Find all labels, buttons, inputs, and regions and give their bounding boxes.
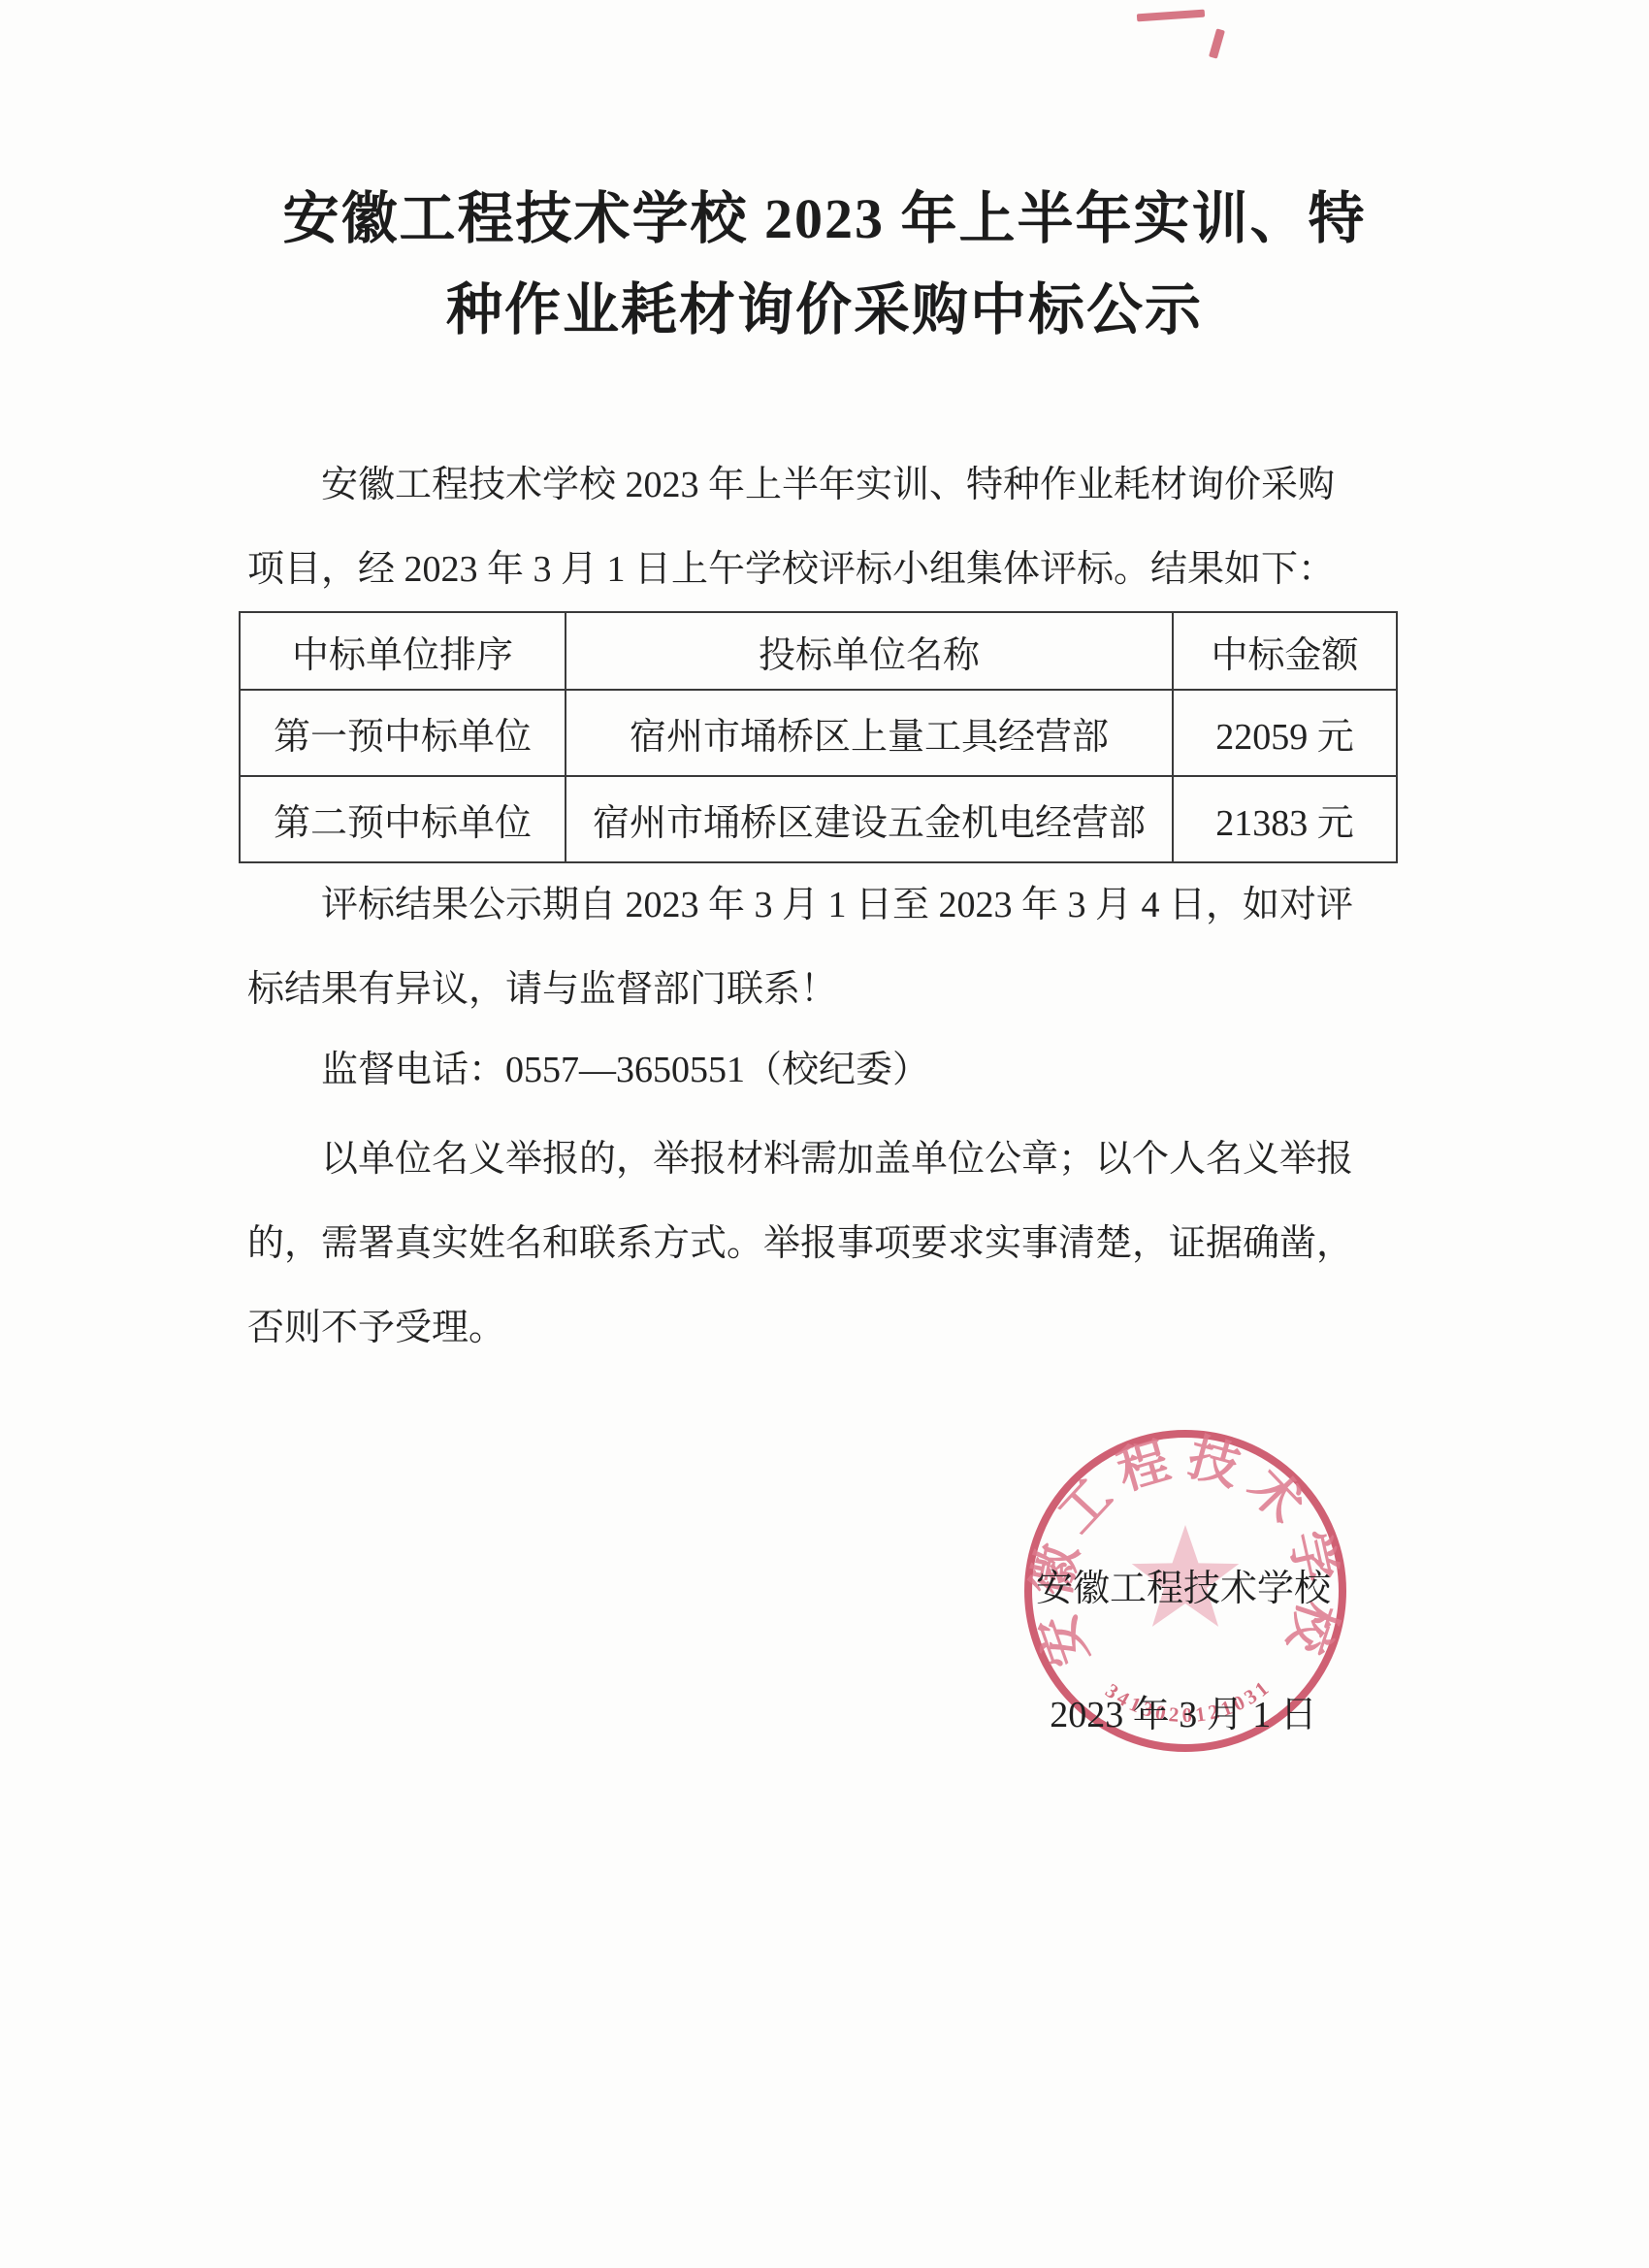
report-line-2: 的，需署真实姓名和联系方式。举报事项要求实事清楚，证据确凿， bbox=[247, 1202, 1406, 1286]
signature-block: 安徽工程技术学校 2023 年 3 月 1 日 bbox=[989, 1547, 1377, 1758]
document-page: 安徽工程技术学校 2023 年上半年实训、特 种作业耗材询价采购中标公示 安徽工… bbox=[0, 0, 1649, 2268]
supervision-phone-line: 监督电话：0557—3650551（校纪委） bbox=[247, 1028, 1406, 1113]
report-line-1: 以单位名义举报的，举报材料需加盖单位公章；以个人名义举报 bbox=[247, 1118, 1406, 1202]
signature-date: 2023 年 3 月 1 日 bbox=[989, 1673, 1377, 1758]
intro-paragraph: 安徽工程技术学校 2023 年上半年实训、特种作业耗材询价采购 项目，经 202… bbox=[247, 443, 1406, 612]
title-line-1: 安徽工程技术学校 2023 年上半年实训、特 bbox=[0, 174, 1649, 265]
red-scan-mark bbox=[1209, 28, 1225, 58]
table-header-row: 中标单位排序 投标单位名称 中标金额 bbox=[240, 612, 1397, 690]
cell-bidder-1: 宿州市埇桥区上量工具经营部 bbox=[566, 690, 1173, 776]
header-rank: 中标单位排序 bbox=[240, 612, 566, 690]
cell-rank-2: 第二预中标单位 bbox=[240, 776, 566, 862]
header-amount: 中标金额 bbox=[1173, 612, 1397, 690]
report-line-3: 否则不予受理。 bbox=[247, 1286, 1406, 1371]
cell-bidder-2: 宿州市埇桥区建设五金机电经营部 bbox=[566, 776, 1173, 862]
document-title: 安徽工程技术学校 2023 年上半年实训、特 种作业耗材询价采购中标公示 bbox=[0, 174, 1649, 356]
table-row: 第二预中标单位 宿州市埇桥区建设五金机电经营部 21383 元 bbox=[240, 776, 1397, 862]
supervision-phone-paragraph: 监督电话：0557—3650551（校纪委） bbox=[247, 1028, 1406, 1113]
cell-amount-1: 22059 元 bbox=[1173, 690, 1397, 776]
cell-rank-1: 第一预中标单位 bbox=[240, 690, 566, 776]
signature-org: 安徽工程技术学校 bbox=[989, 1547, 1377, 1632]
publicity-line-1: 评标结果公示期自 2023 年 3 月 1 日至 2023 年 3 月 4 日，… bbox=[247, 863, 1406, 948]
table-row: 第一预中标单位 宿州市埇桥区上量工具经营部 22059 元 bbox=[240, 690, 1397, 776]
cell-amount-2: 21383 元 bbox=[1173, 776, 1397, 862]
intro-line-1: 安徽工程技术学校 2023 年上半年实训、特种作业耗材询价采购 bbox=[247, 443, 1406, 528]
bid-results-table: 中标单位排序 投标单位名称 中标金额 第一预中标单位 宿州市埇桥区上量工具经营部… bbox=[239, 611, 1398, 863]
title-line-2: 种作业耗材询价采购中标公示 bbox=[0, 265, 1649, 356]
red-scan-mark bbox=[1137, 10, 1205, 22]
report-rules-paragraph: 以单位名义举报的，举报材料需加盖单位公章；以个人名义举报 的，需署真实姓名和联系… bbox=[247, 1118, 1406, 1371]
publicity-period-paragraph: 评标结果公示期自 2023 年 3 月 1 日至 2023 年 3 月 4 日，… bbox=[247, 863, 1406, 1032]
header-bidder: 投标单位名称 bbox=[566, 612, 1173, 690]
intro-line-2: 项目，经 2023 年 3 月 1 日上午学校评标小组集体评标。结果如下： bbox=[247, 528, 1406, 612]
publicity-line-2: 标结果有异议，请与监督部门联系！ bbox=[247, 948, 1406, 1032]
